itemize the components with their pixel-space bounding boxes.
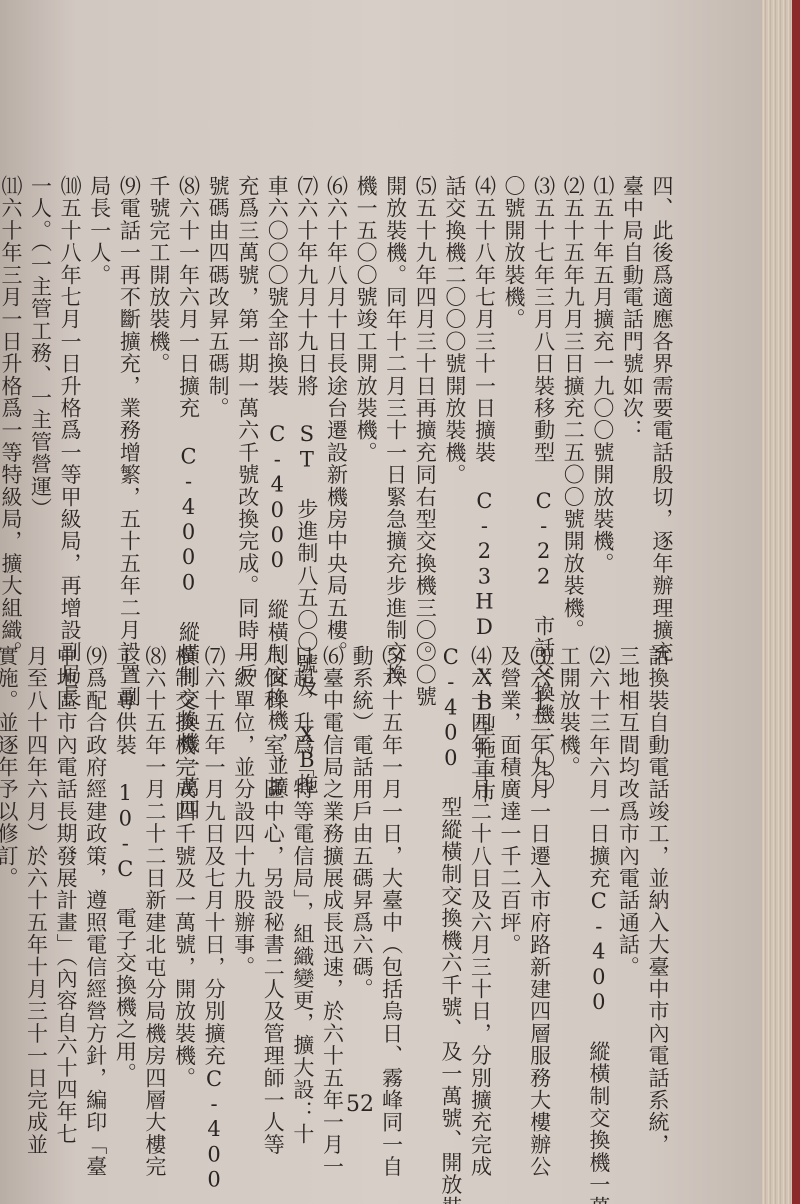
- text-column: ⑹臺中電信局之業務擴展成長迅速，於六十五年一月一: [317, 645, 347, 1075]
- lower-text-block: 話換裝自動電話竣工，並納入大臺中市內電話系統， 三地相互間均改爲市內電話通話。 …: [0, 645, 672, 1075]
- text-column: ⑸五十九年四月三十日再擴充同右型交換機三〇〇〇號: [410, 175, 440, 605]
- text-column: 局長一人。: [84, 175, 114, 605]
- text-column: 及營業，面積廣達一千二百坪。: [494, 645, 524, 1075]
- text-column: 三地相互間均改爲市內電話通話。: [613, 645, 643, 1075]
- text-column: ⑺六十五年一月九日及七月十日，分別擴充C-400 型縱: [199, 645, 229, 1075]
- text-column: C-400 型縱橫制交換機六千號、及一萬號、開放裝機: [435, 645, 465, 1075]
- text-column: ⑷五十八年七月三十一日擴裝 C-23HD XB型拖車市: [469, 175, 499, 605]
- text-column: ⑷六十四年二月二十八日及六月三十日，分別擴充完成: [465, 645, 495, 1075]
- book-page: 四、此後爲適應各界需要電話殷切，逐年辦理擴充 臺中局自動電話門號如次： ⑴五十年…: [0, 0, 762, 1204]
- text-column: 一人。（一主管工務、一主管營運）: [25, 175, 55, 605]
- text-column: 臺中局自動電話門號如次：: [617, 175, 647, 605]
- text-column: 實施。並逐年予以修訂。: [0, 645, 21, 1075]
- text-column: ⑶五十七年三月八日裝移動型 C-22 市話交換機一〇〇: [528, 175, 558, 605]
- upper-text-block: 四、此後爲適應各界需要電話殷切，逐年辦理擴充 臺中局自動電話門號如次： ⑴五十年…: [0, 175, 676, 605]
- text-column: ⑺六十年九月十九日將 ST 步進制八五〇〇號及 XB拖: [291, 175, 321, 605]
- text-column: 號碼由四碼改昇五碼制。: [203, 175, 233, 605]
- text-column: ⑻六十五年一月二十二日新建北屯分局機房四層大樓完: [139, 645, 169, 1075]
- text-column: ⑼電話一再不斷擴充，業務增繁，五十五年二月設置副: [114, 175, 144, 605]
- text-column: ⑹六十年八月十日長途台遷設新機房中央局五樓。: [321, 175, 351, 605]
- text-column: 〇號開放裝機。: [498, 175, 528, 605]
- text-column: 四、此後爲適應各界需要電話殷切，逐年辦理擴充: [646, 175, 676, 605]
- text-column: 充爲三萬號，第一期一萬六千號改換完成。同時用戶: [232, 175, 262, 605]
- text-column: 一級單位，並分設四十九股辦事。: [228, 645, 258, 1075]
- text-column: 工開放裝機。: [554, 645, 584, 1075]
- text-column: 話交換機二〇〇〇號開放裝機。: [439, 175, 469, 605]
- text-column: 八個科、室、區中心，另設秘書二人及管理師一人等: [258, 645, 288, 1075]
- text-column: ⑴五十年五月擴充一九〇〇號開放裝機。: [587, 175, 617, 605]
- text-column: ⑽五十八年七月一日升格爲一等甲級局，再增設副局長: [55, 175, 85, 605]
- book-page-edges: [762, 0, 800, 1204]
- text-column: 月至八十四年六月）於六十五年十月三十一日完成並: [21, 645, 51, 1075]
- text-column: ⑶六十三年九月一日遷入市府路新建四層服務大樓辦公: [524, 645, 554, 1075]
- text-column: 開放裝機。同年十二月三十一日緊急擴充步進制交換: [380, 175, 410, 605]
- text-column: 。: [406, 645, 436, 1075]
- text-column: 中地區市內電話長期發展計畫」（內容自六十四年七: [51, 645, 81, 1075]
- text-column: 日起，升爲「特等電信局」，組織變更，擴大設：十: [287, 645, 317, 1075]
- text-column: 車六〇〇〇號全部換裝 C-4000 縱橫制交換機，並擴: [262, 175, 292, 605]
- text-column: ⑾六十年三月一日升格爲一等特級局，擴大組織。: [0, 175, 25, 605]
- text-column: 話換裝自動電話竣工，並納入大臺中市內電話系統，: [642, 645, 672, 1075]
- text-column: 動系統）電話用戶由五碼昇爲六碼。: [346, 645, 376, 1075]
- text-column: 千號完工開放裝機。: [143, 175, 173, 605]
- text-column: ⑼爲配合政府經建政策，遵照電信經營方針，編印「臺: [80, 645, 110, 1075]
- page-number: 52: [346, 1092, 374, 1117]
- text-column: ⑻六十一年六月一日擴充 C-4000 縱橫制交換機一萬四: [173, 175, 203, 605]
- text-column: 工，專供裝 10-C 電子交換機之用。: [110, 645, 140, 1075]
- text-column: ⑵五十五年九月三日擴充二五〇〇號開放裝機。: [558, 175, 588, 605]
- text-column: ⑸六十五年一月一日，大臺中（包括烏日、霧峰同一自: [376, 645, 406, 1075]
- text-column: 橫制交換機完成四千號及一萬號，開放裝機。: [169, 645, 199, 1075]
- text-column: ⑵六十三年六月一日擴充C-400 縱橫制交換機一萬號完: [583, 645, 613, 1075]
- text-column: 機一五〇〇號竣工開放裝機。: [350, 175, 380, 605]
